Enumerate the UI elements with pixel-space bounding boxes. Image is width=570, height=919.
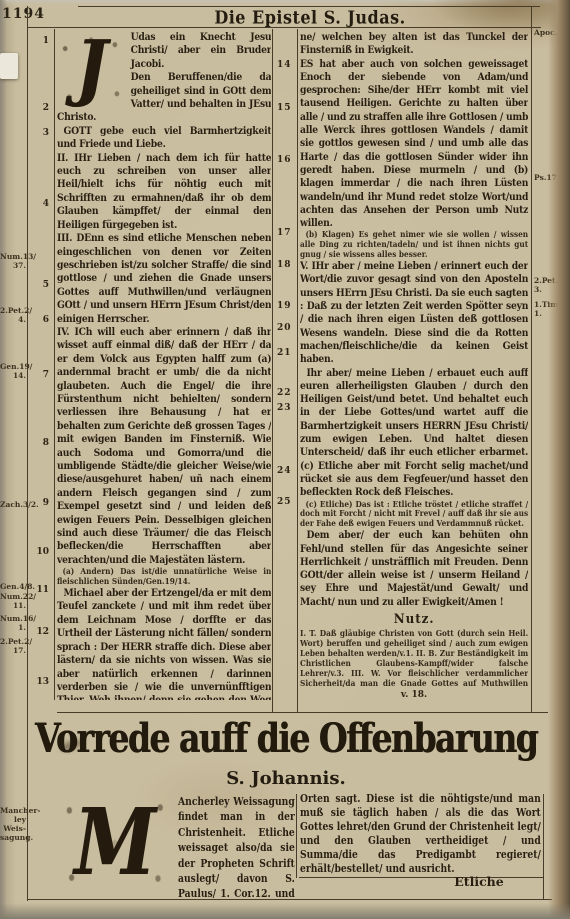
verse-number: 8 [30, 438, 49, 448]
margin-note: 2.Pet.2/ 4. [0, 306, 26, 324]
verse-number: 3 [30, 128, 49, 138]
vorrede-paragraph: Orten sagt. Diese ist die nöhtigste/und … [300, 792, 541, 875]
page-edge-right [548, 0, 570, 919]
rule-left-inner [54, 29, 55, 700]
verse-number: 23 [277, 403, 296, 413]
footnote-b: (b) Klagen) Es gehet nimer wie sie wolle… [300, 230, 528, 260]
catchword: Etliche [420, 874, 538, 889]
rule-right-frame [531, 6, 532, 712]
verse-number: 19 [277, 301, 296, 311]
initial-letter: M [58, 794, 172, 894]
vorrede-right-column: Orten sagt. Diese ist die nöhtigste/und … [300, 792, 541, 876]
verse-number: 5 [30, 280, 49, 290]
page-title: Die Epistel S. Judas. [80, 7, 540, 28]
verse-paragraph: IV. ICh will euch aber erinnern / daß ih… [57, 326, 271, 567]
verse-number: 1 [30, 36, 49, 46]
vorrede-paragraph: MAncherley Weissagung findet man in der … [58, 794, 295, 898]
verse-number: 24 [277, 466, 296, 476]
verse-paragraph: Ihr aber/ meine Lieben / erbauet euch au… [300, 367, 528, 500]
bookmark-tab [0, 53, 18, 79]
jude-left-column: JUdas ein Knecht Jesu Christi/ aber ein … [57, 31, 271, 700]
margin-note: Num.16/ 1. [0, 614, 26, 632]
verse-number: 18 [277, 260, 296, 270]
verse-number: 14 [277, 60, 296, 70]
page-edge-bottom [0, 903, 570, 919]
verse-number: 10 [30, 547, 49, 557]
verse-number: 20 [277, 323, 296, 333]
vorrede-subtitle: S. Johannis. [30, 768, 542, 789]
verse-number: 21 [277, 348, 296, 358]
rule-header-bottom [27, 27, 541, 28]
verse-number: 2 [30, 103, 49, 113]
margin-note-vorrede: Mancher- ley Weis- sagung. [0, 806, 26, 842]
verse-number: 22 [277, 388, 296, 398]
jude-right-column: ne/ welchen bey alten ist das Tunckel de… [300, 31, 528, 688]
nutz-verse-ref: v. 18. [300, 690, 528, 700]
rule-left-frame [27, 6, 28, 901]
footnote-a: (a) Andern) Das ist/die unnatürliche Wei… [57, 567, 271, 587]
page-number: 1194 [2, 6, 45, 22]
verse-number: 6 [30, 315, 49, 325]
verse-paragraph: ne/ welchen bey alten ist das Tunckel de… [300, 31, 528, 58]
verse-paragraph: V. IHr aber / meine Lieben / erinnert eu… [300, 260, 528, 366]
margin-note: Zach.3/2. [0, 500, 26, 509]
verse-paragraph: III. DEnn es sind etliche Menschen neben… [57, 232, 271, 326]
rule-bottom-full [27, 899, 552, 900]
verse-number: 12 [30, 627, 49, 637]
verse-paragraph: ES hat aber auch von solchen geweissaget… [300, 58, 528, 231]
footnote-c: (c) Etliche) Das ist : Etliche tröstet /… [300, 500, 528, 530]
verse-number: 17 [277, 228, 296, 238]
margin-note: Gen.4/8. [0, 582, 26, 591]
verse-paragraph: JUdas ein Knecht Jesu Christi/ aber ein … [57, 31, 271, 71]
initial-letter: J [57, 31, 125, 109]
page-edge-left [0, 0, 7, 919]
verse-text: Udas ein Knecht Jesu Christi/ aber ein B… [131, 32, 271, 70]
vorrede-left-column: MAncherley Weissagung findet man in der … [58, 794, 295, 898]
verse-number: 4 [30, 199, 49, 209]
verse-number: 16 [277, 155, 296, 165]
rule-bottom-right-frame [543, 794, 544, 899]
initial-J-woodcut: J [57, 33, 125, 111]
rule-header-top [78, 6, 540, 7]
verse-number: 7 [30, 370, 49, 380]
margin-note: Num.22/ 11. [0, 592, 26, 610]
rule-gutter-left [272, 29, 273, 712]
verse-paragraph: Michael aber der Ertzengel/da er mit dem… [57, 587, 271, 700]
vorrede-title: Vorrede auff die Offenbarung [30, 714, 542, 762]
rule-bottom-divider [296, 794, 297, 878]
verse-paragraph: GOTT gebe euch viel Barmhertzigkeit und … [57, 125, 271, 152]
margin-note: 2.Pet.2/ 17. [0, 637, 26, 655]
verse-number: 15 [277, 103, 296, 113]
nutz-heading: Nutz. [300, 612, 528, 627]
rule-gutter-right [297, 29, 298, 712]
verse-number: 13 [30, 677, 49, 687]
initial-M-woodcut: M [58, 796, 172, 892]
verse-number: 25 [277, 497, 296, 507]
margin-note: Gen.19/ 14. [0, 362, 26, 380]
nutz-body: I. T. Daß gläubige Christen von Gott (du… [300, 629, 528, 688]
verse-paragraph: Dem aber/ der euch kan behüten ohn Fehl/… [300, 529, 528, 609]
verse-paragraph: II. IHr Lieben / nach dem ich für hatte … [57, 152, 271, 232]
margin-note: Num.13/ 37. [0, 252, 26, 270]
